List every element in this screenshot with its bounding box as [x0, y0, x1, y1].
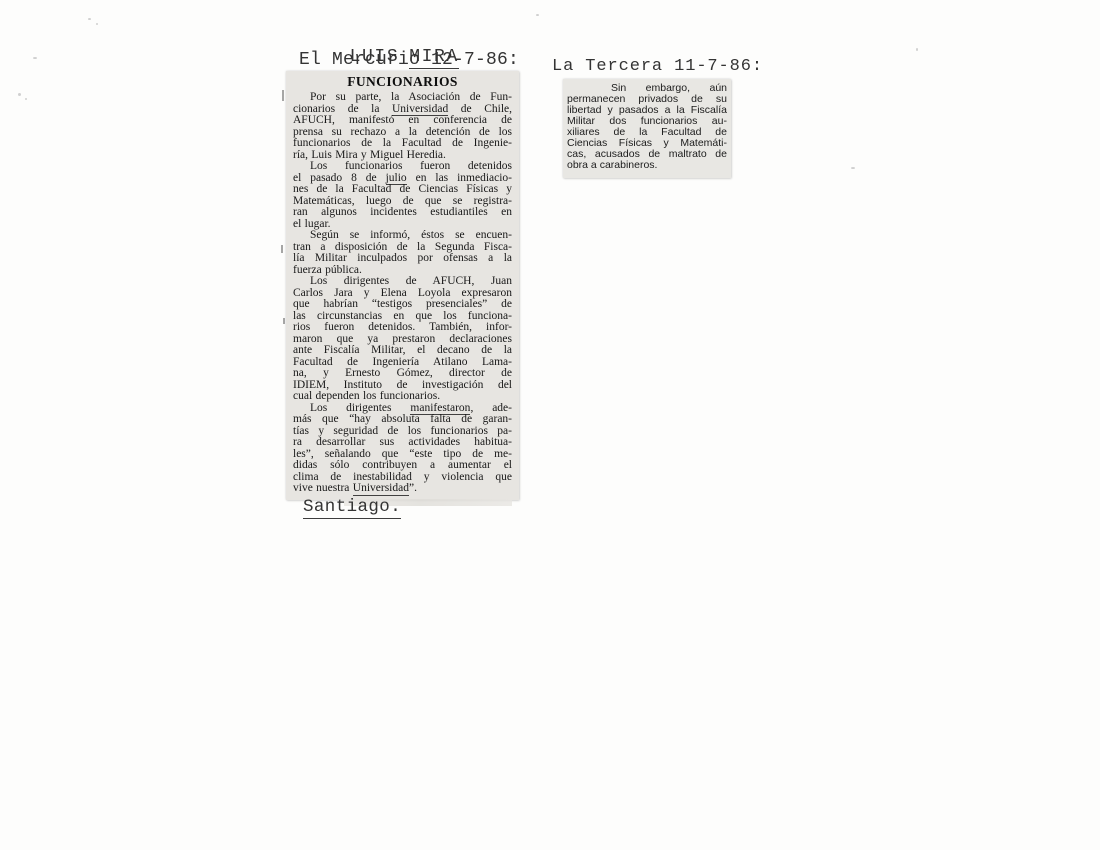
la-tercera-clipping: Sin embargo, aúnpermanecen privados de s… — [563, 79, 731, 178]
clipping-paragraph: Por su parte, la Asociación de Fun-ciona… — [293, 92, 512, 161]
clipping-line: rios fueron detenidos. También, infor- — [293, 322, 512, 334]
clipping-line: Los funcionarios fueron detenidos — [293, 161, 512, 173]
scan-speck — [916, 48, 918, 51]
clipping-line: Según se informó, éstos se encuen- — [293, 230, 512, 242]
la-tercera-clipping-body: Sin embargo, aúnpermanecen privados de s… — [567, 83, 727, 171]
scan-speck — [536, 14, 539, 16]
clipping-line: obra a carabineros. — [567, 160, 727, 171]
clipping-line: que habrían “testigos presenciales” de — [293, 299, 512, 311]
scan-speck — [851, 167, 855, 169]
source-line-la-tercera: La Tercera 11-7-86: — [552, 57, 763, 76]
clipping-line: ran algunos incidentes estudiantiles en — [293, 207, 512, 219]
clipping-line: Los dirigentes de AFUCH, Juan — [293, 276, 512, 288]
pen-underline: Universidad — [353, 482, 409, 496]
scan-speck — [25, 98, 27, 100]
scan-speck — [96, 23, 98, 25]
clipping-line: AFUCH, manifestó en conferencia de — [293, 115, 512, 127]
clipping-line: Por su parte, la Asociación de Fun- — [293, 92, 512, 104]
clipping-line: nes de la Facultad de Ciencias Físicas y — [293, 184, 512, 196]
clipping-paragraph: Los funcionarios fueron detenidosel pasa… — [293, 161, 512, 230]
el-mercurio-clipping: FUNCIONARIOS Por su parte, la Asociación… — [286, 71, 519, 500]
edge-tick — [281, 245, 283, 253]
clipping-paragraph: Según se informó, éstos se encuen-tran a… — [293, 230, 512, 276]
scan-speck — [88, 18, 91, 20]
source-line-el-mercurio: El Mercurio 12-7-86: — [299, 50, 519, 70]
clipping-line: ra desarrollar sus actividades habitua- — [293, 437, 512, 449]
clipping-line: cual dependen los funcionarios. — [293, 391, 512, 403]
clipping-headline: FUNCIONARIOS — [293, 74, 512, 89]
city-label: Santiago. — [303, 497, 401, 519]
clipping-line: más que “hay absoluta falta de garan- — [293, 414, 512, 426]
edge-tick — [282, 90, 284, 101]
clipping-line: funcionarios de la Facultad de Ingenie- — [293, 138, 512, 150]
clipping-line: ante Fiscalía Militar, el decano de la — [293, 345, 512, 357]
edge-tick — [283, 318, 285, 324]
clipping-line: lía Militar inculpados por ofensas a la — [293, 253, 512, 265]
clipping-paragraph: Los dirigentes de AFUCH, JuanCarlos Jara… — [293, 276, 512, 403]
clipping-line: vive nuestra Universidad”. — [293, 483, 512, 495]
el-mercurio-clipping-body: Por su parte, la Asociación de Fun-ciona… — [293, 92, 512, 495]
scrapbook-page: LUISMIRA El Mercurio 12-7-86: FUNCIONARI… — [0, 0, 1100, 850]
scan-speck — [18, 93, 21, 96]
scan-speck — [33, 57, 37, 59]
clipping-line: na, y Ernesto Gómez, director de — [293, 368, 512, 380]
clipping-line: didas sólo contribuyen a aumentar el — [293, 460, 512, 472]
clipping-paragraph: Los dirigentes manifestaron, ade-más que… — [293, 403, 512, 495]
